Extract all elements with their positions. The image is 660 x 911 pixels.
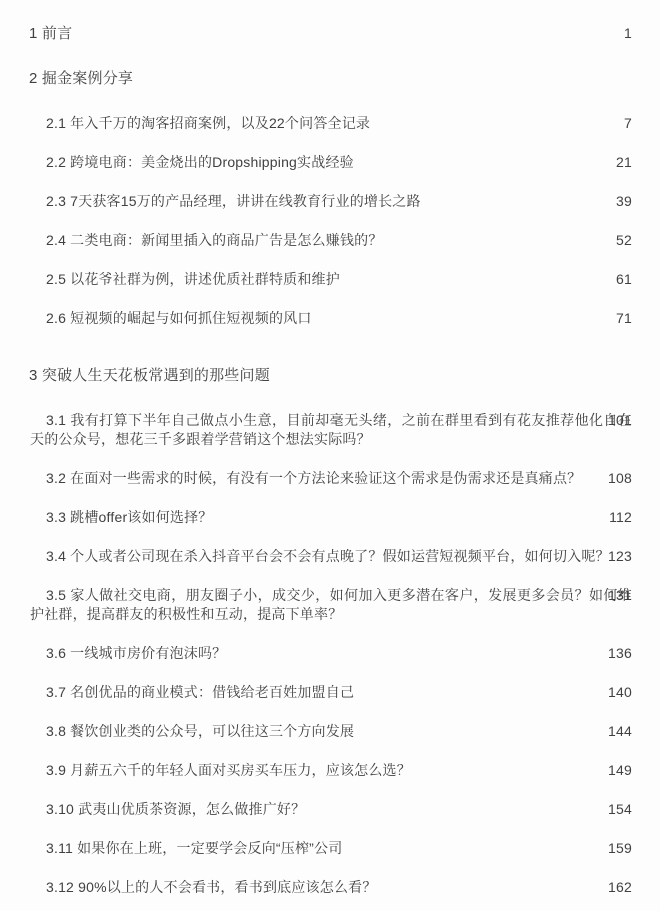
toc-entry[interactable]: 3.7 名创优品的商业模式：借钱给老百姓加盟自己 140 bbox=[0, 683, 660, 702]
toc-entry[interactable]: 3.4 个人或者公司现在杀入抖音平台会不会有点晚了？假如运营短视频平台，如何切入… bbox=[0, 547, 660, 566]
toc-entry[interactable]: 3.11 如果你在上班，一定要学会反向“压榨”公司 159 bbox=[0, 839, 660, 858]
toc-entry[interactable]: 2 掘金案例分享 bbox=[0, 69, 660, 88]
toc-entry[interactable]: 3.3 跳槽offer该如何选择？ 112 bbox=[0, 508, 660, 527]
toc-entry[interactable]: 2.3 7天获客15万的产品经理，讲讲在线教育行业的增长之路 39 bbox=[0, 192, 660, 211]
toc-entry-page-number: 136 bbox=[608, 644, 632, 663]
toc-entry[interactable]: 3.10 武夷山优质茶资源，怎么做推广好？ 154 bbox=[0, 800, 660, 819]
toc-entry-page-number: 159 bbox=[608, 839, 632, 858]
toc-entry-title: 3.10 武夷山优质茶资源，怎么做推广好？ bbox=[46, 801, 305, 817]
toc-entry-page-number: 39 bbox=[616, 192, 632, 211]
toc-entry-page-number: 123 bbox=[608, 547, 632, 566]
toc-entry-page-number: 101 bbox=[608, 411, 632, 430]
toc-entry[interactable]: 3.1 我有打算下半年自己做点小生意，目前却毫无头绪，之前在群里看到有花友推荐他… bbox=[0, 411, 660, 449]
toc-entry-page-number: 112 bbox=[609, 508, 632, 527]
toc-entry-page-number: 149 bbox=[608, 761, 632, 780]
toc-entry[interactable]: 3.9 月薪五六千的年轻人面对买房买车压力，应该怎么选？ 149 bbox=[0, 761, 660, 780]
toc-entry-title: 3.2 在面对一些需求的时候，有没有一个方法论来验证这个需求是伪需求还是真痛点？ bbox=[46, 470, 581, 486]
toc-entry-page-number: 162 bbox=[608, 878, 632, 897]
toc-entry[interactable]: 2.2 跨境电商：美金烧出的Dropshipping实战经验 21 bbox=[0, 153, 660, 172]
toc-entry-title: 3.11 如果你在上班，一定要学会反向“压榨”公司 bbox=[46, 840, 342, 856]
toc-entry[interactable]: 2.1 年入千万的淘客招商案例，以及22个问答全记录 7 bbox=[0, 114, 660, 133]
toc-entry-page-number: 154 bbox=[608, 800, 632, 819]
toc-entry-title: 3.8 餐饮创业类的公众号，可以往这三个方向发展 bbox=[46, 723, 354, 739]
toc-entry-page-number: 71 bbox=[616, 309, 632, 328]
toc-entry[interactable]: 1 前言 1 bbox=[0, 24, 660, 43]
toc-entry-title: 3.4 个人或者公司现在杀入抖音平台会不会有点晚了？假如运营短视频平台，如何切入… bbox=[46, 548, 610, 564]
toc-entry-title: 2.5 以花爷社群为例，讲述优质社群特质和维护 bbox=[46, 271, 340, 287]
toc-entry-page-number: 52 bbox=[616, 231, 632, 250]
toc-entry[interactable]: 3.8 餐饮创业类的公众号，可以往这三个方向发展 144 bbox=[0, 722, 660, 741]
toc-entry-page-number: 61 bbox=[616, 270, 632, 289]
toc-entry[interactable]: 3.5 家人做社交电商，朋友圈子小，成交少，如何加入更多潜在客户，发展更多会员？… bbox=[0, 586, 660, 624]
toc-entry-title: 3.7 名创优品的商业模式：借钱给老百姓加盟自己 bbox=[46, 684, 354, 700]
toc-entry-title: 2.2 跨境电商：美金烧出的Dropshipping实战经验 bbox=[46, 154, 354, 170]
toc-entry-title: 1 前言 bbox=[29, 25, 72, 42]
toc-entry[interactable]: 3.12 90%以上的人不会看书，看书到底应该怎么看？ 162 bbox=[0, 878, 660, 897]
toc-entry-page-number: 140 bbox=[608, 683, 632, 702]
toc-entry-title: 3.9 月薪五六千的年轻人面对买房买车压力，应该怎么选？ bbox=[46, 762, 411, 778]
toc-entry-title: 3.12 90%以上的人不会看书，看书到底应该怎么看？ bbox=[46, 879, 377, 895]
toc-entry[interactable]: 2.5 以花爷社群为例，讲述优质社群特质和维护 61 bbox=[0, 270, 660, 289]
toc-entry-title: 3.6 一线城市房价有泡沫吗？ bbox=[46, 645, 226, 661]
toc-entry-title: 3.3 跳槽offer该如何选择？ bbox=[46, 509, 213, 525]
toc-entry[interactable]: 3.2 在面对一些需求的时候，有没有一个方法论来验证这个需求是伪需求还是真痛点？… bbox=[0, 469, 660, 488]
toc-entry-title: 3 突破人生天花板常遇到的那些问题 bbox=[29, 367, 270, 384]
toc-entry-page-number: 108 bbox=[608, 469, 632, 488]
toc-entry[interactable]: 3 突破人生天花板常遇到的那些问题 bbox=[0, 366, 660, 385]
toc-entry[interactable]: 2.4 二类电商：新闻里插入的商品广告是怎么赚钱的？ 52 bbox=[0, 231, 660, 250]
toc-entry-title: 2 掘金案例分享 bbox=[29, 70, 133, 87]
toc-entry-page-number: 131 bbox=[608, 586, 632, 605]
toc-entry-title: 3.5 家人做社交电商，朋友圈子小，成交少，如何加入更多潜在客户，发展更多会员？… bbox=[30, 587, 632, 622]
toc-entry-title: 2.1 年入千万的淘客招商案例，以及22个问答全记录 bbox=[46, 115, 370, 131]
toc-entry-title: 2.6 短视频的崛起与如何抓住短视频的风口 bbox=[46, 310, 312, 326]
toc-entry-page-number: 21 bbox=[616, 153, 632, 172]
toc-entry-title: 2.3 7天获客15万的产品经理，讲讲在线教育行业的增长之路 bbox=[46, 193, 421, 209]
toc-entry-page-number: 7 bbox=[624, 114, 632, 133]
toc-entry-title: 2.4 二类电商：新闻里插入的商品广告是怎么赚钱的？ bbox=[46, 232, 383, 248]
toc-entry-page-number: 1 bbox=[624, 24, 632, 43]
toc-entry-title: 3.1 我有打算下半年自己做点小生意，目前却毫无头绪，之前在群里看到有花友推荐他… bbox=[30, 412, 632, 447]
toc-page: 1 前言 1 2 掘金案例分享 2.1 年入千万的淘客招商案例，以及22个问答全… bbox=[0, 0, 660, 911]
toc-entry[interactable]: 3.6 一线城市房价有泡沫吗？ 136 bbox=[0, 644, 660, 663]
toc-entry[interactable]: 2.6 短视频的崛起与如何抓住短视频的风口 71 bbox=[0, 309, 660, 328]
toc-entry-page-number: 144 bbox=[608, 722, 632, 741]
